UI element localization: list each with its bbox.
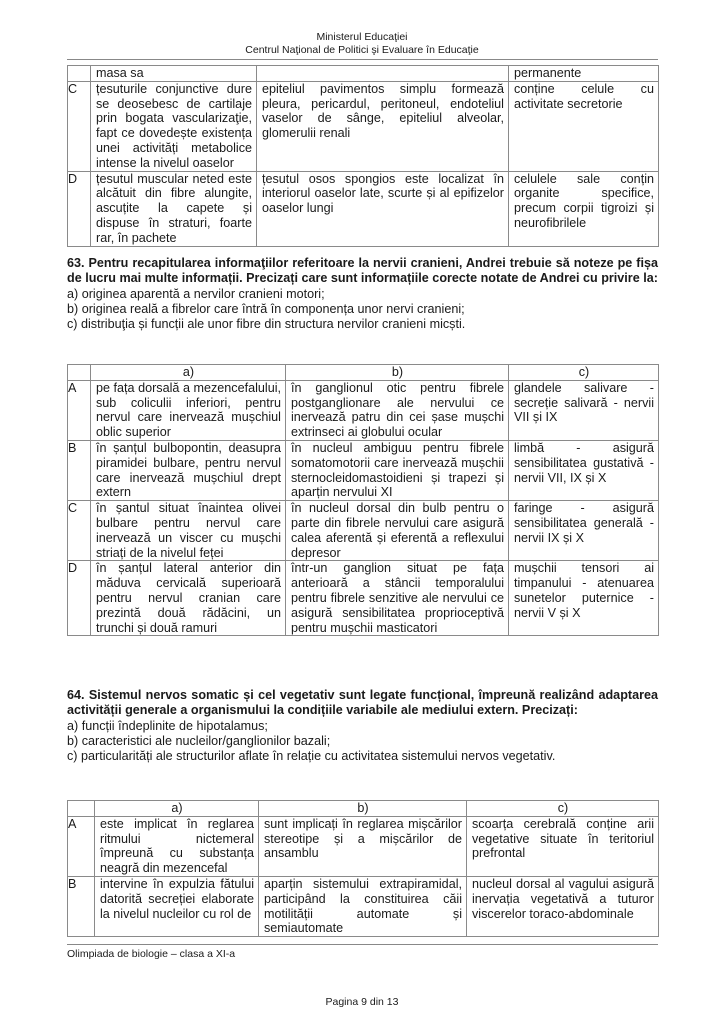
cell-a: în șanțul lateral anterior din măduva ce… [91,561,286,636]
header-blank [68,365,91,381]
cell-c: glandele salivare - secreție salivară - … [509,380,659,440]
cell-b: epiteliul pavimentos simplu formează ple… [257,81,509,171]
row-letter: B [68,440,91,500]
table-row: D în șanțul lateral anterior din măduva … [68,561,659,636]
question-64-table: a) b) c) A este implicat în reglarea rit… [67,800,659,937]
table-row: C țesuturile conjunctive dure se deosebe… [68,81,659,171]
cell-a: țesutul muscular neted este alcătuit din… [91,171,257,246]
question-63-item-b: b) originea reală a fibrelor care întră … [67,302,658,317]
cell-c: conține celule cu activitate secretorie [509,81,659,171]
row-letter [68,66,91,82]
table-row: B în șanțul bulbopontin, deasupra pirami… [68,440,659,500]
cell-a: în șanțul bulbopontin, deasupra piramide… [91,440,286,500]
header-c: c) [467,801,659,817]
cell-a: țesuturile conjunctive dure se deosebesc… [91,81,257,171]
table-row: A este implicat în reglarea ritmului nic… [68,816,659,876]
row-letter: D [68,561,91,636]
header-blank [68,801,95,817]
table-row: masa sa permanente [68,66,659,82]
question-64: 64. Sistemul nervos somatic și cel veget… [67,688,658,764]
question-63-table: a) b) c) A pe fața dorsală a mezencefalu… [67,364,659,636]
table-header-row: a) b) c) [68,801,659,817]
cell-a: este implicat în reglarea ritmului nicte… [95,816,259,876]
cell-a: masa sa [91,66,257,82]
cell-b: în nucleul ambiguu pentru fibrele somato… [286,440,509,500]
cell-c: nucleul dorsal al vagului asigură inerva… [467,876,659,936]
header-b: b) [259,801,467,817]
table-row: A pe fața dorsală a mezencefalului, sub … [68,380,659,440]
row-letter: A [68,816,95,876]
row-letter: A [68,380,91,440]
header-a: a) [91,365,286,381]
page-number: Pagina 9 din 13 [0,996,724,1008]
cell-b: aparțin sistemului extrapiramidal, parti… [259,876,467,936]
previous-question-table: masa sa permanente C țesuturile conjunct… [67,65,659,247]
cell-a: pe fața dorsală a mezencefalului, sub co… [91,380,286,440]
table-header-row: a) b) c) [68,365,659,381]
row-letter: D [68,171,91,246]
cell-b: în ganglionul otic pentru fibrele postga… [286,380,509,440]
question-64-stem: 64. Sistemul nervos somatic și cel veget… [67,688,658,719]
row-letter: C [68,81,91,171]
cell-c: faringe - asigură sensibilitatea general… [509,501,659,561]
cell-c: scoarța cerebrală conține arii vegetativ… [467,816,659,876]
question-63-item-a: a) originea aparentă a nervilor cranieni… [67,287,658,302]
question-64-item-b: b) caracteristici ale nucleilor/ganglion… [67,734,658,749]
row-letter: B [68,876,95,936]
footer-olympiad: Olimpiada de biologie – clasa a XI-a [67,948,235,960]
footer-divider [67,944,658,945]
question-63-stem: 63. Pentru recapitularea informaţiilor r… [67,256,658,287]
cell-c: mușchii tensori ai timpanului - atenuare… [509,561,659,636]
header-b: b) [286,365,509,381]
cell-c: permanente [509,66,659,82]
question-64-item-a: a) funcții îndeplinite de hipotalamus; [67,719,658,734]
header-c: c) [509,365,659,381]
row-letter: C [68,501,91,561]
table-row: C în șantul situat înaintea olivei bulba… [68,501,659,561]
table-row: B intervine în expulzia fătului datorită… [68,876,659,936]
header-ministry: Ministerul Educaţiei [0,31,724,44]
cell-b [257,66,509,82]
cell-b: țesutul osos spongios este localizat în … [257,171,509,246]
cell-b: sunt implicați în reglarea mișcărilor st… [259,816,467,876]
cell-c: celulele sale conțin organite specifice,… [509,171,659,246]
question-63: 63. Pentru recapitularea informaţiilor r… [67,256,658,332]
question-64-item-c: c) particularități ale structurilor afla… [67,749,658,764]
cell-b: în nucleul dorsal din bulb pentru o part… [286,501,509,561]
header-center: Centrul Naţional de Politici şi Evaluare… [0,44,724,57]
table-row: D țesutul muscular neted este alcătuit d… [68,171,659,246]
cell-c: limbă - asigură sensibilitatea gustativă… [509,440,659,500]
page-header: Ministerul Educaţiei Centrul Naţional de… [0,31,724,57]
header-divider [67,59,658,60]
cell-a: intervine în expulzia fătului datorită s… [95,876,259,936]
header-a: a) [95,801,259,817]
cell-a: în șantul situat înaintea olivei bulbare… [91,501,286,561]
cell-b: într-un ganglion situat pe fața anterioa… [286,561,509,636]
question-63-item-c: c) distribuţia și funcții ale unor fibre… [67,317,658,332]
